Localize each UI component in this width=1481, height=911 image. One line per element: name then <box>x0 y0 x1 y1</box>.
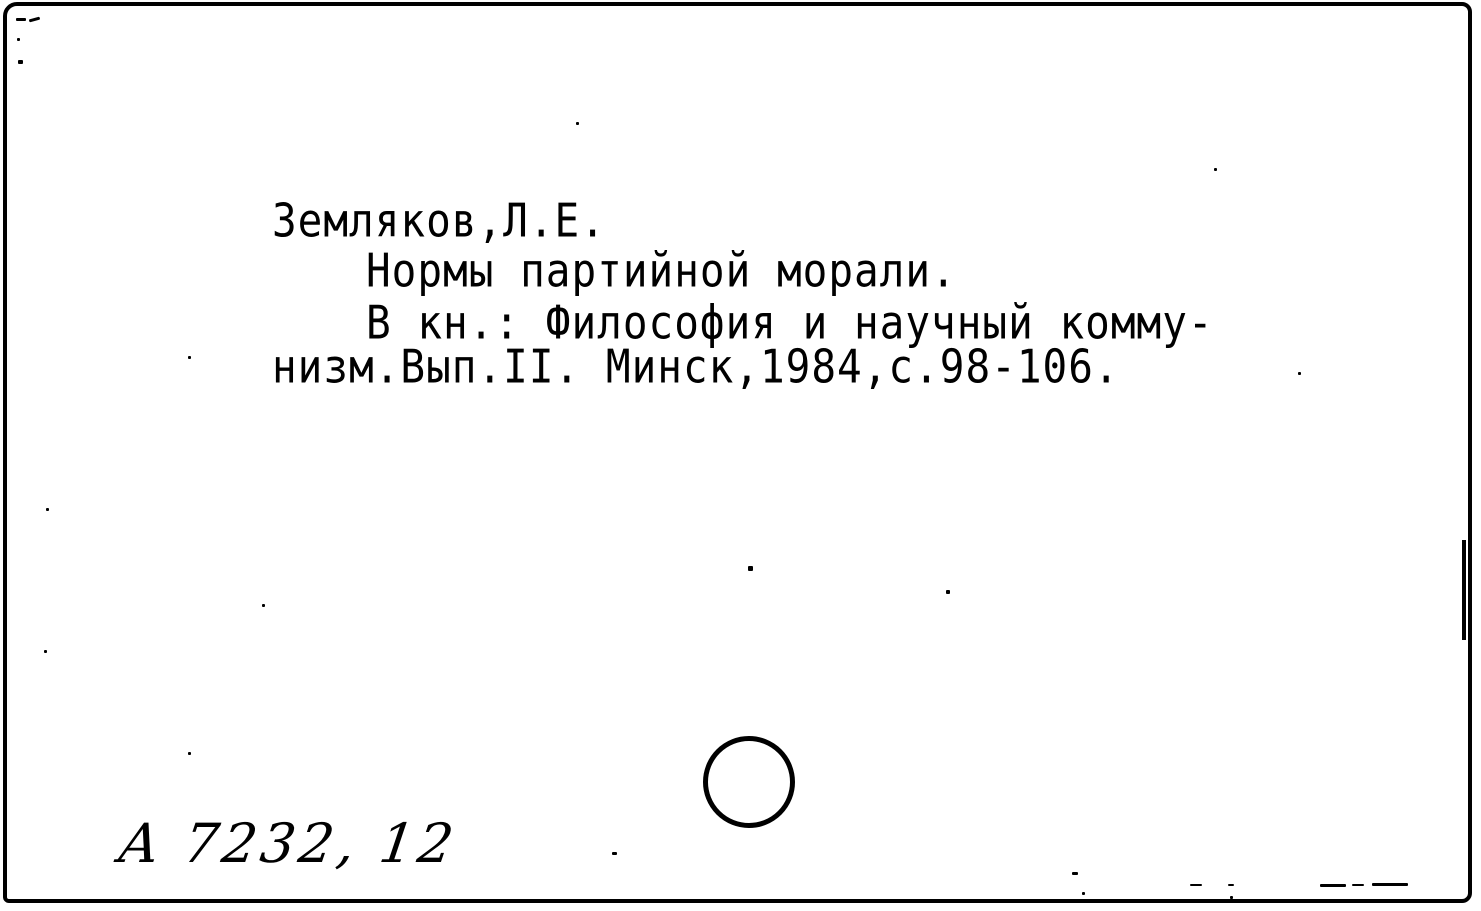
speck <box>1352 884 1364 886</box>
speck <box>946 590 950 594</box>
speck <box>576 122 579 125</box>
handwritten-shelfmark: A 7232, 12 <box>116 814 461 874</box>
speck <box>262 604 265 607</box>
author-line: Земляков,Л.Е. <box>272 196 606 245</box>
corner-mark <box>17 38 20 41</box>
speck <box>1320 884 1346 887</box>
speck <box>44 650 47 653</box>
corner-mark <box>16 18 26 21</box>
source-line-2: низм.Вып.II. Минск,1984,с.98-106. <box>272 342 1120 391</box>
speck <box>1190 884 1202 886</box>
punch-hole-icon <box>703 736 795 828</box>
speck <box>1082 892 1085 895</box>
speck <box>1228 884 1234 886</box>
corner-mark <box>29 17 40 23</box>
speck <box>1072 872 1078 875</box>
speck <box>46 508 49 511</box>
corner-mark <box>18 60 23 64</box>
speck <box>1298 372 1301 375</box>
speck <box>188 356 191 359</box>
edge-mark <box>1462 540 1466 640</box>
speck <box>1214 168 1217 171</box>
speck <box>1372 883 1408 886</box>
title-line: Нормы партийной морали. <box>366 246 957 295</box>
speck <box>748 566 753 571</box>
speck <box>1230 896 1233 899</box>
speck <box>188 752 191 755</box>
speck <box>612 852 617 855</box>
